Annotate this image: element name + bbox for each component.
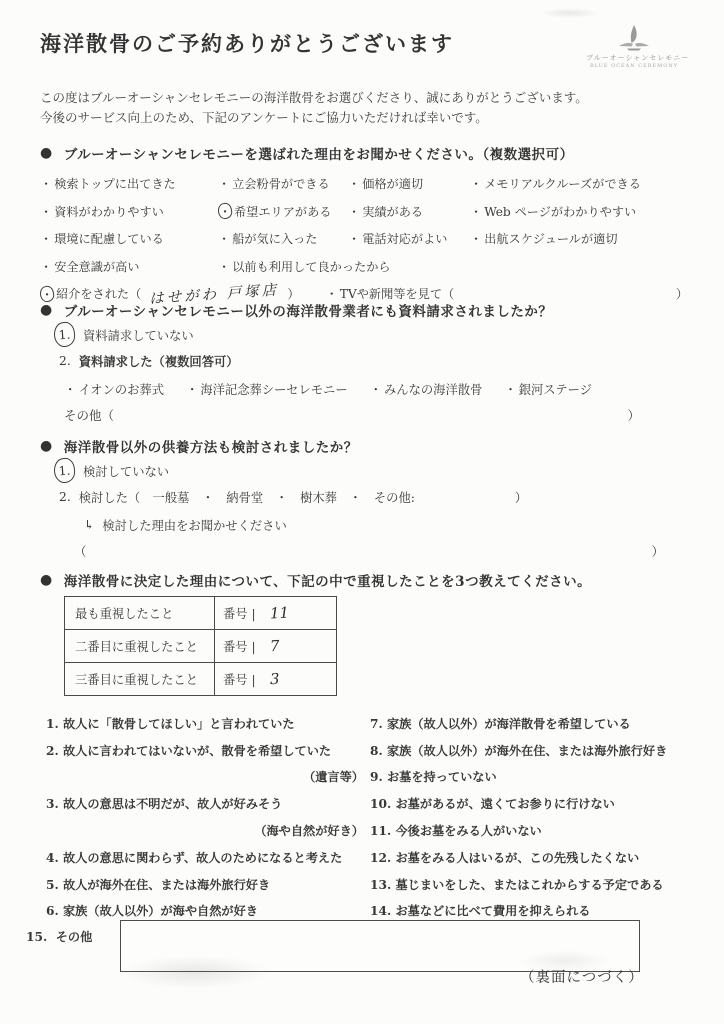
- reason-item: 5. 故人が海外在住、または海外旅行好き: [46, 871, 370, 898]
- continued-on-back-note: （裏面につづく）: [520, 966, 644, 987]
- intro-line-1: この度はブルーオーシャンセレモニーの海洋散骨をお選びくださり、誠にありがとうござ…: [40, 88, 660, 108]
- option-label: 以前も利用して良かったから: [232, 258, 390, 275]
- q2-choice-1-selected: 1. 資料請求していない: [54, 322, 194, 347]
- option-label: 実績がある: [362, 203, 423, 220]
- q1-row-1: ・検索トップに出てきた ・立会粉骨ができる ・価格が適切 ・メモリアルクルーズが…: [40, 170, 688, 198]
- handwritten-circle-mark: ・: [217, 202, 234, 220]
- q3-choice-2: 2. 検討した（ 一般墓 ・ 納骨堂 ・ 樹木葬 ・ その他: ）: [59, 488, 527, 506]
- logo-name: ブルーオーシャンセレモニー: [586, 53, 682, 63]
- q1-title: ブルーオーシャンセレモニーを選ばれた理由をお聞かせください。（複数選択可）: [64, 143, 574, 163]
- option-label: 船が気に入った: [232, 230, 317, 247]
- option-bullet: ・: [370, 380, 382, 398]
- priority-value-cell: 番号 |11: [215, 597, 337, 630]
- reason-list-left: 1. 故人に「散骨してほしい」と言われていた 2. 故人に言われてはいないが、散…: [46, 710, 370, 924]
- reason-note: （遺言等）: [46, 764, 370, 791]
- reason-item: 10. お墓があるが、遠くてお参りに行けない: [370, 790, 700, 817]
- paren-open: （: [74, 542, 87, 560]
- q1-option: ・以前も利用して良かったから: [218, 258, 688, 275]
- reason-item: 13. 墓じまいをした、またはこれからする予定である: [370, 871, 700, 898]
- table-row: 二番目に重視したこと 番号 |7: [65, 630, 337, 663]
- company-label: 海洋記念葬シーセレモニー: [200, 380, 347, 398]
- choice-label: 検討した（ 一般墓 ・ 納骨堂 ・ 樹木葬 ・ その他:: [79, 488, 415, 506]
- sailboat-icon: [613, 24, 655, 52]
- reason-list-right: 7. 家族（故人以外）が海洋散骨を希望している 8. 家族（故人以外）が海外在住…: [370, 710, 700, 924]
- option-bullet: ・: [348, 203, 360, 220]
- option-label: 安全意識が高い: [54, 258, 139, 275]
- intro-line-2: 今後のサービス向上のため、下記のアンケートにご協力いただければ幸いです。: [40, 108, 660, 128]
- option-bullet: ・: [218, 202, 233, 221]
- company-option: ・イオンのお葬式: [64, 380, 164, 398]
- company-logo: ブルーオーシャンセレモニー BLUE OCEAN CEREMONY: [586, 24, 682, 69]
- company-option: ・海洋記念葬シーセレモニー: [186, 380, 348, 398]
- q1-row-3: ・環境に配慮している ・船が気に入った ・電話対応がよい ・出航スケジュールが適…: [40, 225, 688, 253]
- arrow-icon: ↳: [84, 518, 94, 532]
- company-label: イオンのお葬式: [78, 380, 164, 398]
- table-row: 三番目に重視したこと 番号 |3: [65, 663, 337, 696]
- option-bullet: ・: [218, 258, 230, 275]
- q1-option: ・電話対応がよい: [348, 230, 470, 247]
- option-bullet: ・: [470, 175, 482, 192]
- q1-option: ・価格が適切: [348, 175, 470, 192]
- q1-option: ・立会粉骨ができる: [218, 175, 348, 192]
- priority-label: 二番目に重視したこと: [65, 630, 215, 663]
- intro-paragraph: この度はブルーオーシャンセレモニーの海洋散骨をお選びくださり、誠にありがとうござ…: [40, 88, 660, 128]
- field-label: 番号 |: [223, 640, 256, 654]
- company-option: ・銀河ステージ: [504, 380, 592, 398]
- reason-item-other: 15. その他: [26, 928, 92, 945]
- choice-label: 検討していない: [83, 462, 169, 480]
- reason-item: 7. 家族（故人以外）が海洋散骨を希望している: [370, 710, 700, 737]
- q2-heading: ● ブルーオーシャンセレモニー以外の海洋散骨業者にも資料請求されましたか？: [40, 300, 552, 320]
- choice-label: 資料請求した（複数回答可）: [79, 352, 239, 370]
- company-option: ・みんなの海洋散骨: [370, 380, 483, 398]
- reason-item: 9. お墓を持っていない: [370, 764, 700, 791]
- priority-label: 三番目に重視したこと: [65, 663, 215, 696]
- scan-smudge: [540, 8, 600, 18]
- option-bullet: ・: [348, 175, 360, 192]
- q1-option-selected: ・希望エリアがある: [218, 203, 348, 220]
- handwritten-number: 7: [269, 637, 279, 655]
- reason-item: 2. 故人に言われてはいないが、散骨を希望していた: [46, 737, 370, 764]
- handwritten-number: 3: [269, 670, 279, 688]
- q1-heading: ● ブルーオーシャンセレモニーを選ばれた理由をお聞かせください。（複数選択可）: [40, 143, 574, 163]
- reason-item: 11. 今後お墓をみる人がいない: [370, 817, 700, 844]
- q1-option: ・出航スケジュールが適切: [470, 230, 688, 247]
- priority-value-cell: 番号 |3: [215, 663, 337, 696]
- q3-heading: ● 海洋散骨以外の供養方法も検討されましたか？: [40, 436, 358, 456]
- field-label: 番号 |: [223, 673, 256, 687]
- option-label: 電話対応がよい: [362, 230, 447, 247]
- choice-label: 資料請求していない: [83, 326, 194, 344]
- company-label: 銀河ステージ: [519, 380, 592, 398]
- option-bullet: ・: [218, 175, 230, 192]
- option-label: 検索トップに出てきた: [54, 175, 176, 192]
- q3-choice-1-selected: 1. 検討していない: [54, 458, 169, 483]
- q4-heading: ● 海洋散骨に決定した理由について、下記の中で重視したことを3つ教えてください。: [40, 570, 591, 590]
- reason-item: 4. 故人の意思に関わらず、故人のためになると考えた: [46, 844, 370, 871]
- priority-table: 最も重視したこと 番号 |11 二番目に重視したこと 番号 |7 三番目に重視し…: [64, 596, 337, 696]
- q3-followup: ↳ 検討した理由をお聞かせください: [84, 516, 287, 534]
- option-bullet: ・: [186, 380, 198, 398]
- paren-close: ）: [515, 488, 527, 506]
- q1-option: ・Web ページがわかりやすい: [470, 203, 688, 220]
- option-bullet: ・: [40, 175, 52, 192]
- option-label: Web ページがわかりやすい: [484, 203, 636, 220]
- option-bullet: ・: [470, 203, 482, 220]
- q1-option: ・検索トップに出てきた: [40, 175, 218, 192]
- choice-number: 2.: [59, 354, 71, 368]
- option-bullet: ・: [218, 230, 230, 247]
- q1-option: ・環境に配慮している: [40, 230, 218, 247]
- option-label: 希望エリアがある: [234, 203, 332, 220]
- handwritten-circle-mark: 1.: [53, 321, 76, 347]
- option-label: 出航スケジュールが適切: [484, 230, 617, 247]
- reason-item: 3. 故人の意思は不明だが、故人が好みそう: [46, 790, 370, 817]
- paren-close: ）: [627, 406, 640, 424]
- handwritten-circle-mark: 1.: [53, 457, 76, 483]
- section-bullet-icon: ●: [40, 303, 53, 317]
- q1-option: ・安全意識が高い: [40, 258, 218, 275]
- other-label: その他（: [64, 406, 114, 424]
- followup-label: 検討した理由をお聞かせください: [102, 516, 286, 534]
- q2-company-list: ・イオンのお葬式 ・海洋記念葬シーセレモニー ・みんなの海洋散骨 ・銀河ステージ: [64, 380, 592, 398]
- q1-option: ・実績がある: [348, 203, 470, 220]
- section-bullet-icon: ●: [40, 573, 53, 587]
- paren-close: ）: [651, 542, 664, 560]
- q2-title: ブルーオーシャンセレモニー以外の海洋散骨業者にも資料請求されましたか？: [64, 300, 553, 320]
- option-label: メモリアルクルーズができる: [484, 175, 641, 192]
- q2-choice-2: 2. 資料請求した（複数回答可）: [59, 352, 239, 370]
- option-label: 立会粉骨ができる: [232, 175, 330, 192]
- option-bullet: ・: [470, 230, 482, 247]
- q1-row-4: ・安全意識が高い ・以前も利用して良かったから: [40, 253, 688, 281]
- section-bullet-icon: ●: [40, 439, 53, 453]
- option-label: 価格が適切: [362, 175, 423, 192]
- page-title: 海洋散骨のご予約ありがとうございます: [40, 28, 454, 58]
- option-bullet: ・: [40, 230, 52, 247]
- q1-option: ・メモリアルクルーズができる: [470, 175, 688, 192]
- option-bullet: ・: [40, 258, 52, 275]
- option-bullet: ・: [64, 380, 76, 398]
- reason-item: 1. 故人に「散骨してほしい」と言われていた: [46, 710, 370, 737]
- choice-number: 1.: [58, 327, 71, 343]
- option-bullet: ・: [504, 380, 516, 398]
- q2-other-blank: その他（ ）: [64, 406, 640, 424]
- company-label: みんなの海洋散骨: [384, 380, 482, 398]
- paren-close: ）: [676, 285, 688, 302]
- choice-number: 2.: [59, 490, 71, 504]
- section-bullet-icon: ●: [40, 146, 53, 160]
- handwritten-number: 11: [269, 604, 289, 623]
- option-bullet: ・: [348, 230, 360, 247]
- priority-value-cell: 番号 |7: [215, 630, 337, 663]
- q1-option: ・資料がわかりやすい: [40, 203, 218, 220]
- option-bullet: ・: [40, 203, 52, 220]
- q3-answer-blank: （ ）: [74, 542, 664, 560]
- q1-options-grid: ・検索トップに出てきた ・立会粉骨ができる ・価格が適切 ・メモリアルクルーズが…: [40, 170, 688, 308]
- field-label: 番号 |: [223, 607, 256, 621]
- priority-label: 最も重視したこと: [65, 597, 215, 630]
- q4-title: 海洋散骨に決定した理由について、下記の中で重視したことを3つ教えてください。: [64, 570, 591, 590]
- q1-row-2: ・資料がわかりやすい ・希望エリアがある ・実績がある ・Web ページがわかり…: [40, 198, 688, 226]
- q1-option: ・船が気に入った: [218, 230, 348, 247]
- reason-note: （海や自然が好き）: [46, 817, 370, 844]
- table-row: 最も重視したこと 番号 |11: [65, 597, 337, 630]
- option-label: 環境に配慮している: [54, 230, 164, 247]
- other-answer-box: [120, 920, 640, 972]
- survey-page: 海洋散骨のご予約ありがとうございます ブルーオーシャンセレモニー BLUE OC…: [0, 0, 724, 1024]
- reason-item: 8. 家族（故人以外）が海外在住、または海外旅行好き: [370, 737, 700, 764]
- logo-subtitle: BLUE OCEAN CEREMONY: [586, 63, 682, 69]
- choice-number: 1.: [58, 463, 71, 479]
- option-label: 資料がわかりやすい: [54, 203, 164, 220]
- q3-title: 海洋散骨以外の供養方法も検討されましたか？: [64, 436, 358, 456]
- reason-item: 12. お墓をみる人はいるが、この先残したくない: [370, 844, 700, 871]
